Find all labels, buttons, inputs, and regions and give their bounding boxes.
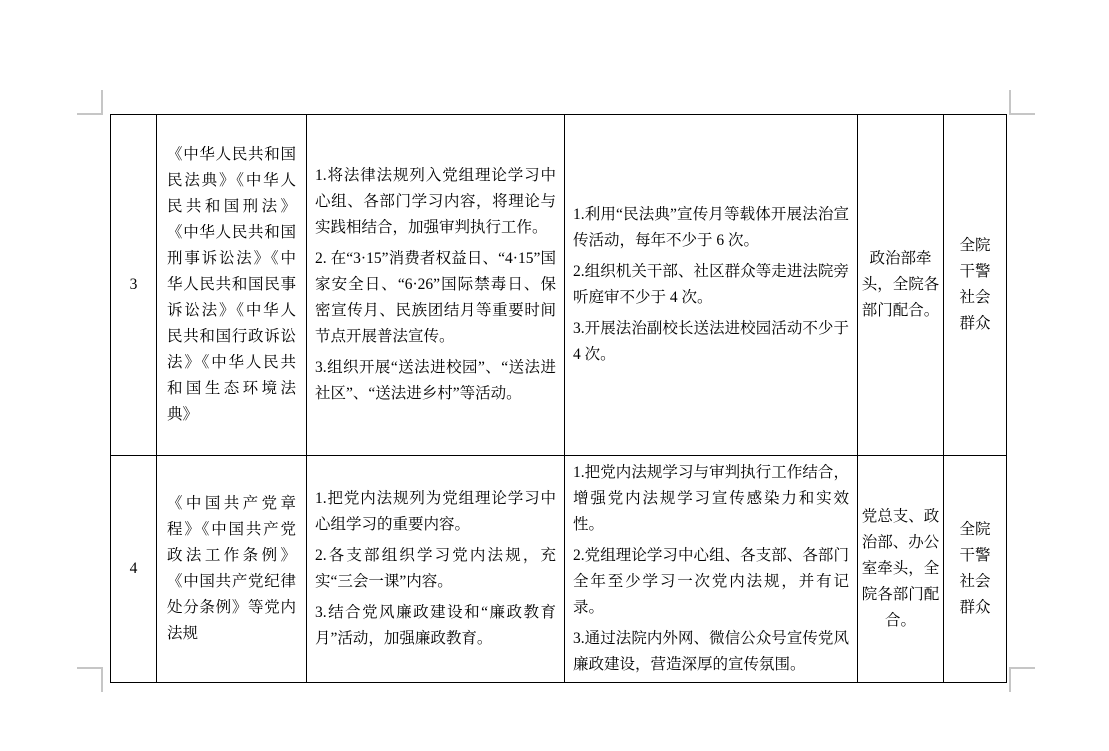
crop-mark-top-right <box>1009 90 1035 115</box>
document-page: 3 《中华人民共和国民法典》《中华人民共和国刑法》《中华人民共和国刑事诉讼法》《… <box>0 0 1109 751</box>
row-number-cell: 4 <box>111 456 157 683</box>
crop-mark-bottom-right <box>1009 667 1035 692</box>
row-number-cell: 3 <box>111 115 157 456</box>
measure-item: 2.各支部组织学习党内法规，充实“三会一课”内容。 <box>315 543 556 595</box>
quota-item: 3.开展法治副校长送法进校园活动不少于 4 次。 <box>573 316 849 368</box>
measure-item: 1.将法律法规列入党组理论学习中心组、各部门学习内容，将理论与实践相结合，加强审… <box>315 163 556 241</box>
legal-education-plan-table: 3 《中华人民共和国民法典》《中华人民共和国刑法》《中华人民共和国刑事诉讼法》《… <box>110 114 1007 683</box>
responsibility-cell: 党总支、政治部、办公室牵头，全院各部门配合。 <box>858 456 944 683</box>
table-row: 4 《中国共产党章程》《中国共产党政法工作条例》《中国共产党纪律处分条例》等党内… <box>111 456 1007 683</box>
measure-item: 3.结合党风廉政建设和“廉政教育月”活动，加强廉政教育。 <box>315 600 556 652</box>
audience-cell: 全院 干警 社会 群众 <box>944 456 1007 683</box>
quota-cell: 1.利用“民法典”宣传月等载体开展法治宣传活动，每年不少于 6 次。 2.组织机… <box>565 115 858 456</box>
measure-item: 1.把党内法规列为党组理论学习中心组学习的重要内容。 <box>315 486 556 538</box>
crop-mark-bottom-left <box>77 667 103 692</box>
measures-cell: 1.把党内法规列为党组理论学习中心组学习的重要内容。 2.各支部组织学习党内法规… <box>307 456 565 683</box>
quota-item: 2.党组理论学习中心组、各支部、各部门全年至少学习一次党内法规，并有记录。 <box>573 543 849 621</box>
measure-item: 2. 在“3·15”消费者权益日、“4·15”国家安全日、“6·26”国际禁毒日… <box>315 246 556 350</box>
law-list-cell: 《中国共产党章程》《中国共产党政法工作条例》《中国共产党纪律处分条例》等党内法规 <box>157 456 307 683</box>
table-row: 3 《中华人民共和国民法典》《中华人民共和国刑法》《中华人民共和国刑事诉讼法》《… <box>111 115 1007 456</box>
quota-item: 1.把党内法规学习与审判执行工作结合，增强党内法规学习宣传感染力和实效性。 <box>573 460 849 538</box>
quota-item: 2.组织机关干部、社区群众等走进法院旁听庭审不少于 4 次。 <box>573 259 849 311</box>
quota-item: 1.利用“民法典”宣传月等载体开展法治宣传活动，每年不少于 6 次。 <box>573 202 849 254</box>
measures-cell: 1.将法律法规列入党组理论学习中心组、各部门学习内容，将理论与实践相结合，加强审… <box>307 115 565 456</box>
law-list-cell: 《中华人民共和国民法典》《中华人民共和国刑法》《中华人民共和国刑事诉讼法》《中华… <box>157 115 307 456</box>
measure-item: 3.组织开展“送法进校园”、“送法进社区”、“送法进乡村”等活动。 <box>315 355 556 407</box>
audience-cell: 全院 干警 社会 群众 <box>944 115 1007 456</box>
quota-cell: 1.把党内法规学习与审判执行工作结合，增强党内法规学习宣传感染力和实效性。 2.… <box>565 456 858 683</box>
crop-mark-top-left <box>77 90 103 115</box>
responsibility-cell: 政治部牵头，全院各部门配合。 <box>858 115 944 456</box>
quota-item: 3.通过法院内外网、微信公众号宣传党风廉政建设，营造深厚的宣传氛围。 <box>573 626 849 678</box>
